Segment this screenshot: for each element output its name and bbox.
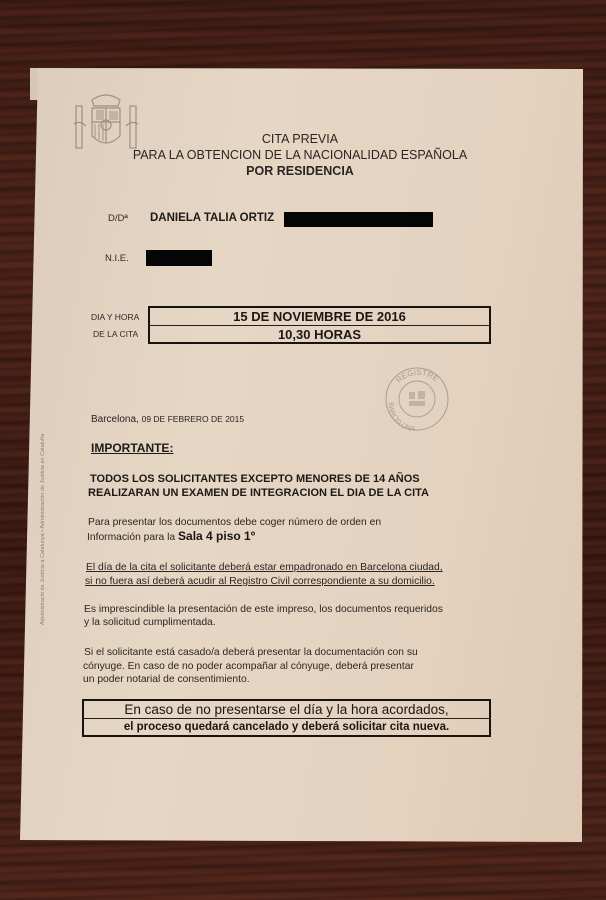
appointment-date: 15 DE NOVIEMBRE DE 2016 xyxy=(150,308,489,326)
stamp-text-top: REGISTRE xyxy=(394,368,440,385)
appointment-time: 10,30 HORAS xyxy=(150,326,489,343)
warning-line-1: En caso de no presentarse el día y la ho… xyxy=(84,701,489,719)
paragraph-spouse-line-1: Si el solicitante está casado/a deberá p… xyxy=(84,646,418,659)
paragraph-residence-line-2: si no fuera así deberá acudir al Registr… xyxy=(85,575,435,588)
paragraph-residence-line-1: El día de la cita el solicitante deberá … xyxy=(86,561,443,574)
svg-text:BARCELONA: BARCELONA xyxy=(387,402,416,432)
registry-seal-icon: REGISTRE BARCELONA xyxy=(382,366,452,432)
title-line-1: CITA PREVIA xyxy=(100,132,500,146)
important-heading: IMPORTANTE: xyxy=(91,441,173,455)
exam-notice-line-1: TODOS LOS SOLICITANTES EXCEPTO MENORES D… xyxy=(90,472,420,486)
paragraph-documents-line-1: Es imprescindible la presentación de est… xyxy=(84,603,443,616)
paragraph-spouse-line-2: cónyuge. En caso de no poder acompañar a… xyxy=(83,660,414,673)
issue-date: 09 DE FEBRERO DE 2015 xyxy=(142,414,245,424)
appointment-label-line-2: DE LA CITA xyxy=(93,329,138,339)
paragraph-documents-line-2: y la solicitud cumplimentada. xyxy=(84,616,216,629)
title-line-3: POR RESIDENCIA xyxy=(100,164,500,178)
svg-text:REGISTRE: REGISTRE xyxy=(394,368,440,385)
name-label: D/Dª xyxy=(108,213,128,224)
nie-redaction xyxy=(146,250,212,266)
paragraph-queue-prefix: Información para la xyxy=(87,532,178,543)
warning-line-2: el proceso quedará cancelado y deberá so… xyxy=(84,719,489,736)
issue-place: Barcelona, xyxy=(91,414,139,425)
stamp-text-bottom: BARCELONA xyxy=(387,402,416,432)
margin-vertical-text: Administració de Justícia a Catalunya • … xyxy=(40,425,46,625)
cancellation-warning-box: En caso de no presentarse el día y la ho… xyxy=(82,699,491,737)
room-location: Sala 4 piso 1º xyxy=(178,529,255,543)
title-line-2: PARA LA OBTENCION DE LA NACIONALIDAD ESP… xyxy=(100,148,500,162)
appointment-box: 15 DE NOVIEMBRE DE 2016 10,30 HORAS xyxy=(148,306,491,344)
appointment-label-line-1: DIA Y HORA xyxy=(91,312,139,322)
applicant-name: DANIELA TALIA ORTIZ xyxy=(150,212,274,224)
exam-notice-line-2: REALIZARAN UN EXAMEN DE INTEGRACION EL D… xyxy=(88,486,429,500)
issue-line: Barcelona, 09 DE FEBRERO DE 2015 xyxy=(91,414,244,425)
name-redaction xyxy=(284,212,433,227)
nie-label: N.I.E. xyxy=(105,253,129,264)
paragraph-spouse-line-3: un poder notarial de consentimiento. xyxy=(83,673,250,686)
paragraph-queue-line-2: Información para la Sala 4 piso 1º xyxy=(87,530,255,544)
paragraph-queue-line-1: Para presentar los documentos debe coger… xyxy=(88,516,381,529)
